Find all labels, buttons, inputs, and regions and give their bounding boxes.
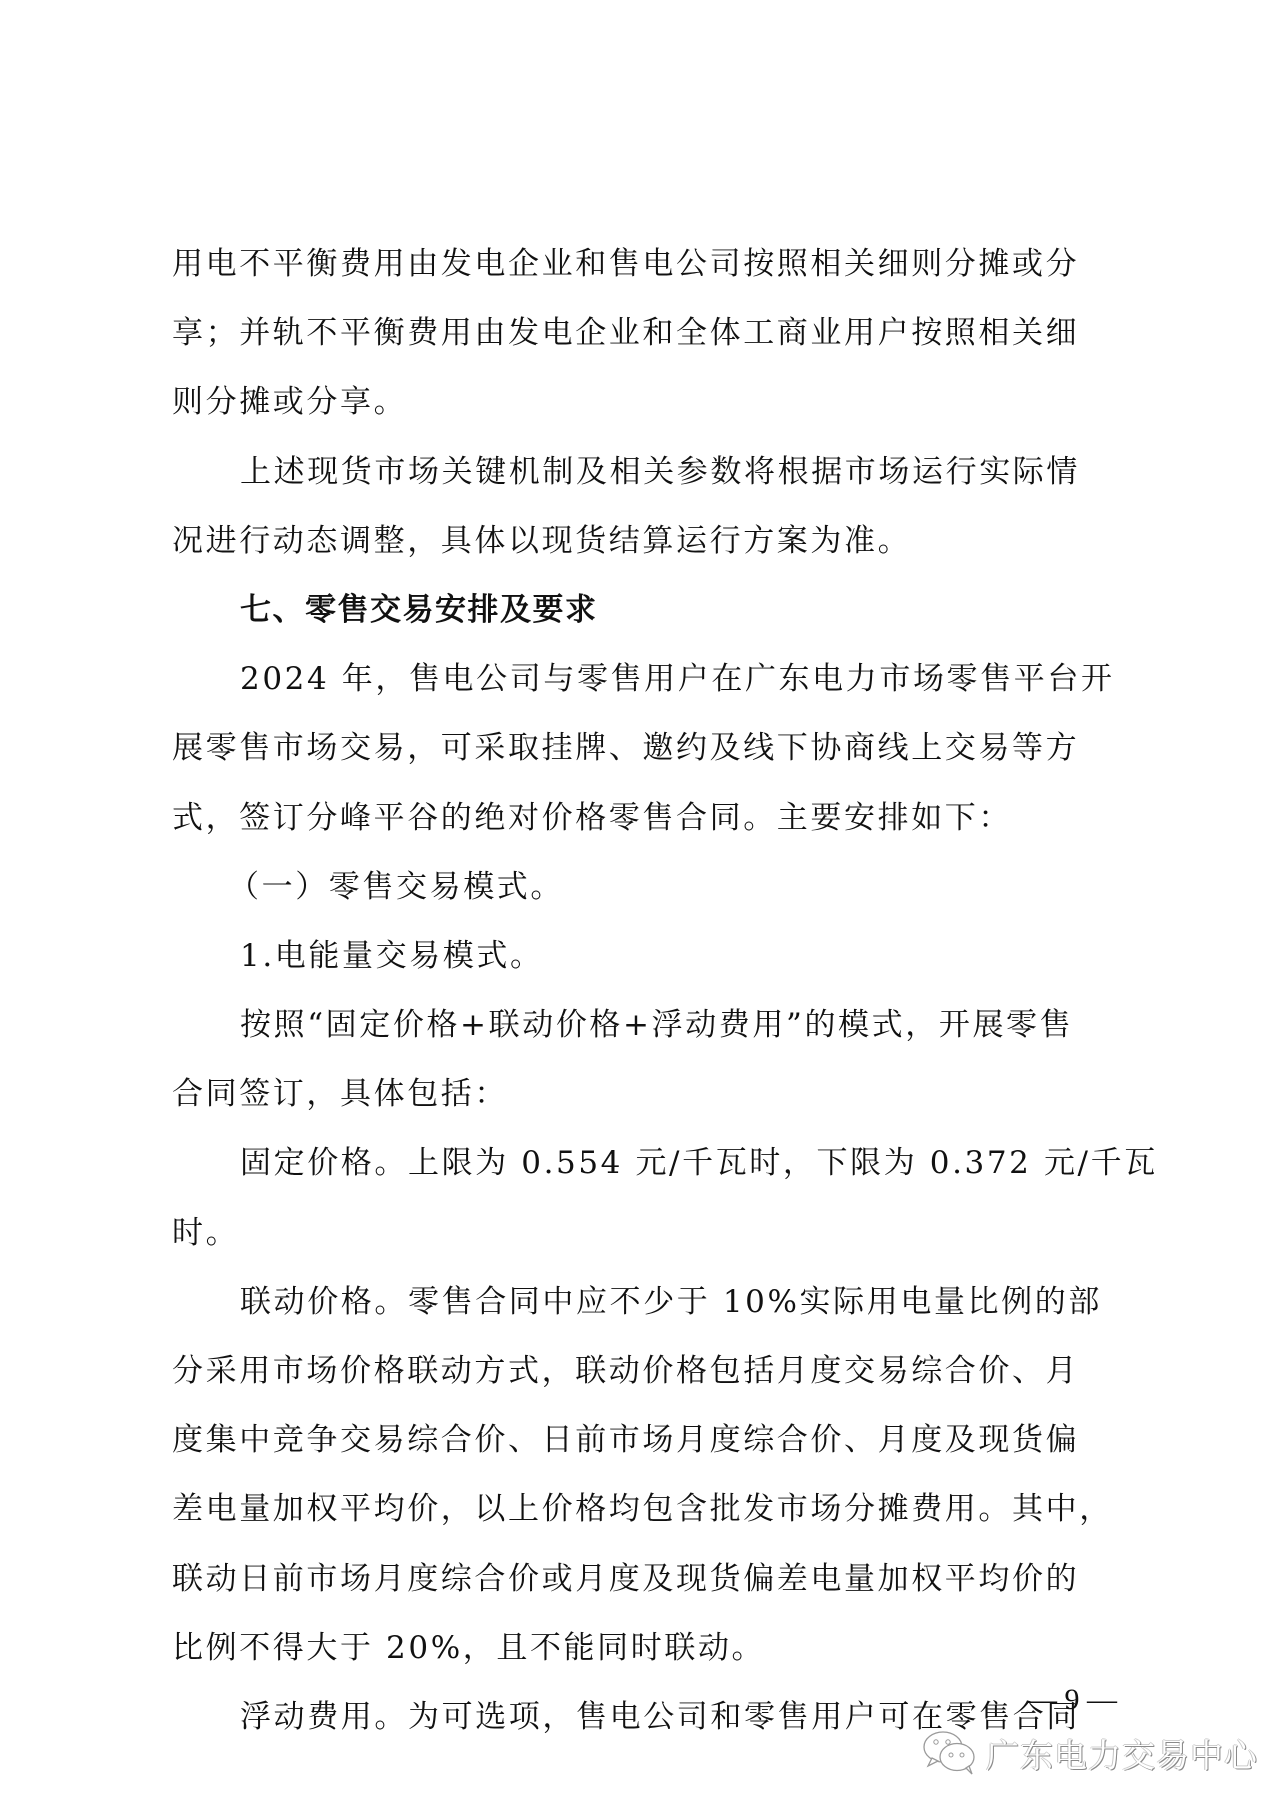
numbered-item: 1.电能量交易模式。	[172, 922, 1122, 991]
text-line: 差电量加权平均价，以上价格均包含批发市场分摊费用。其中，	[172, 1475, 1122, 1544]
paragraph-start: 固定价格。上限为 0.554 元/千瓦时，下限为 0.372 元/千瓦	[172, 1129, 1122, 1198]
document-body: 用电不平衡费用由发电企业和售电公司按照相关细则分摊或分 享；并轨不平衡费用由发电…	[172, 230, 1122, 1752]
text-line: 式，签订分峰平谷的绝对价格零售合同。主要安排如下：	[172, 784, 1122, 853]
section-heading: 七、零售交易安排及要求	[172, 576, 1122, 645]
text-line: 用电不平衡费用由发电企业和售电公司按照相关细则分摊或分	[172, 230, 1122, 299]
wechat-icon	[922, 1730, 978, 1776]
paragraph-start: 按照“固定价格+联动价格+浮动费用”的模式，开展零售	[172, 991, 1122, 1060]
watermark: 广东电力交易中心	[922, 1728, 1258, 1778]
text-line: 度集中竞争交易综合价、日前市场月度综合价、月度及现货偏	[172, 1406, 1122, 1475]
watermark-text: 广东电力交易中心	[986, 1730, 1258, 1777]
paragraph-start: 2024 年，售电公司与零售用户在广东电力市场零售平台开	[172, 645, 1122, 714]
text-line: 比例不得大于 20%，且不能同时联动。	[172, 1614, 1122, 1683]
document-page: 用电不平衡费用由发电企业和售电公司按照相关细则分摊或分 享；并轨不平衡费用由发电…	[0, 0, 1280, 1813]
text-line: 则分摊或分享。	[172, 368, 1122, 437]
page-number: — 9 —	[1022, 1680, 1122, 1720]
text-line: 分采用市场价格联动方式，联动价格包括月度交易综合价、月	[172, 1337, 1122, 1406]
subsection-heading: （一）零售交易模式。	[172, 853, 1122, 922]
text-line: 展零售市场交易，可采取挂牌、邀约及线下协商线上交易等方	[172, 714, 1122, 783]
paragraph-start: 上述现货市场关键机制及相关参数将根据市场运行实际情	[172, 438, 1122, 507]
text-line: 享；并轨不平衡费用由发电企业和全体工商业用户按照相关细	[172, 299, 1122, 368]
paragraph-start: 联动价格。零售合同中应不少于 10%实际用电量比例的部	[172, 1268, 1122, 1337]
text-line: 合同签订，具体包括：	[172, 1060, 1122, 1129]
text-line: 况进行动态调整，具体以现货结算运行方案为准。	[172, 507, 1122, 576]
text-line: 时。	[172, 1199, 1122, 1268]
text-line: 联动日前市场月度综合价或月度及现货偏差电量加权平均价的	[172, 1545, 1122, 1614]
